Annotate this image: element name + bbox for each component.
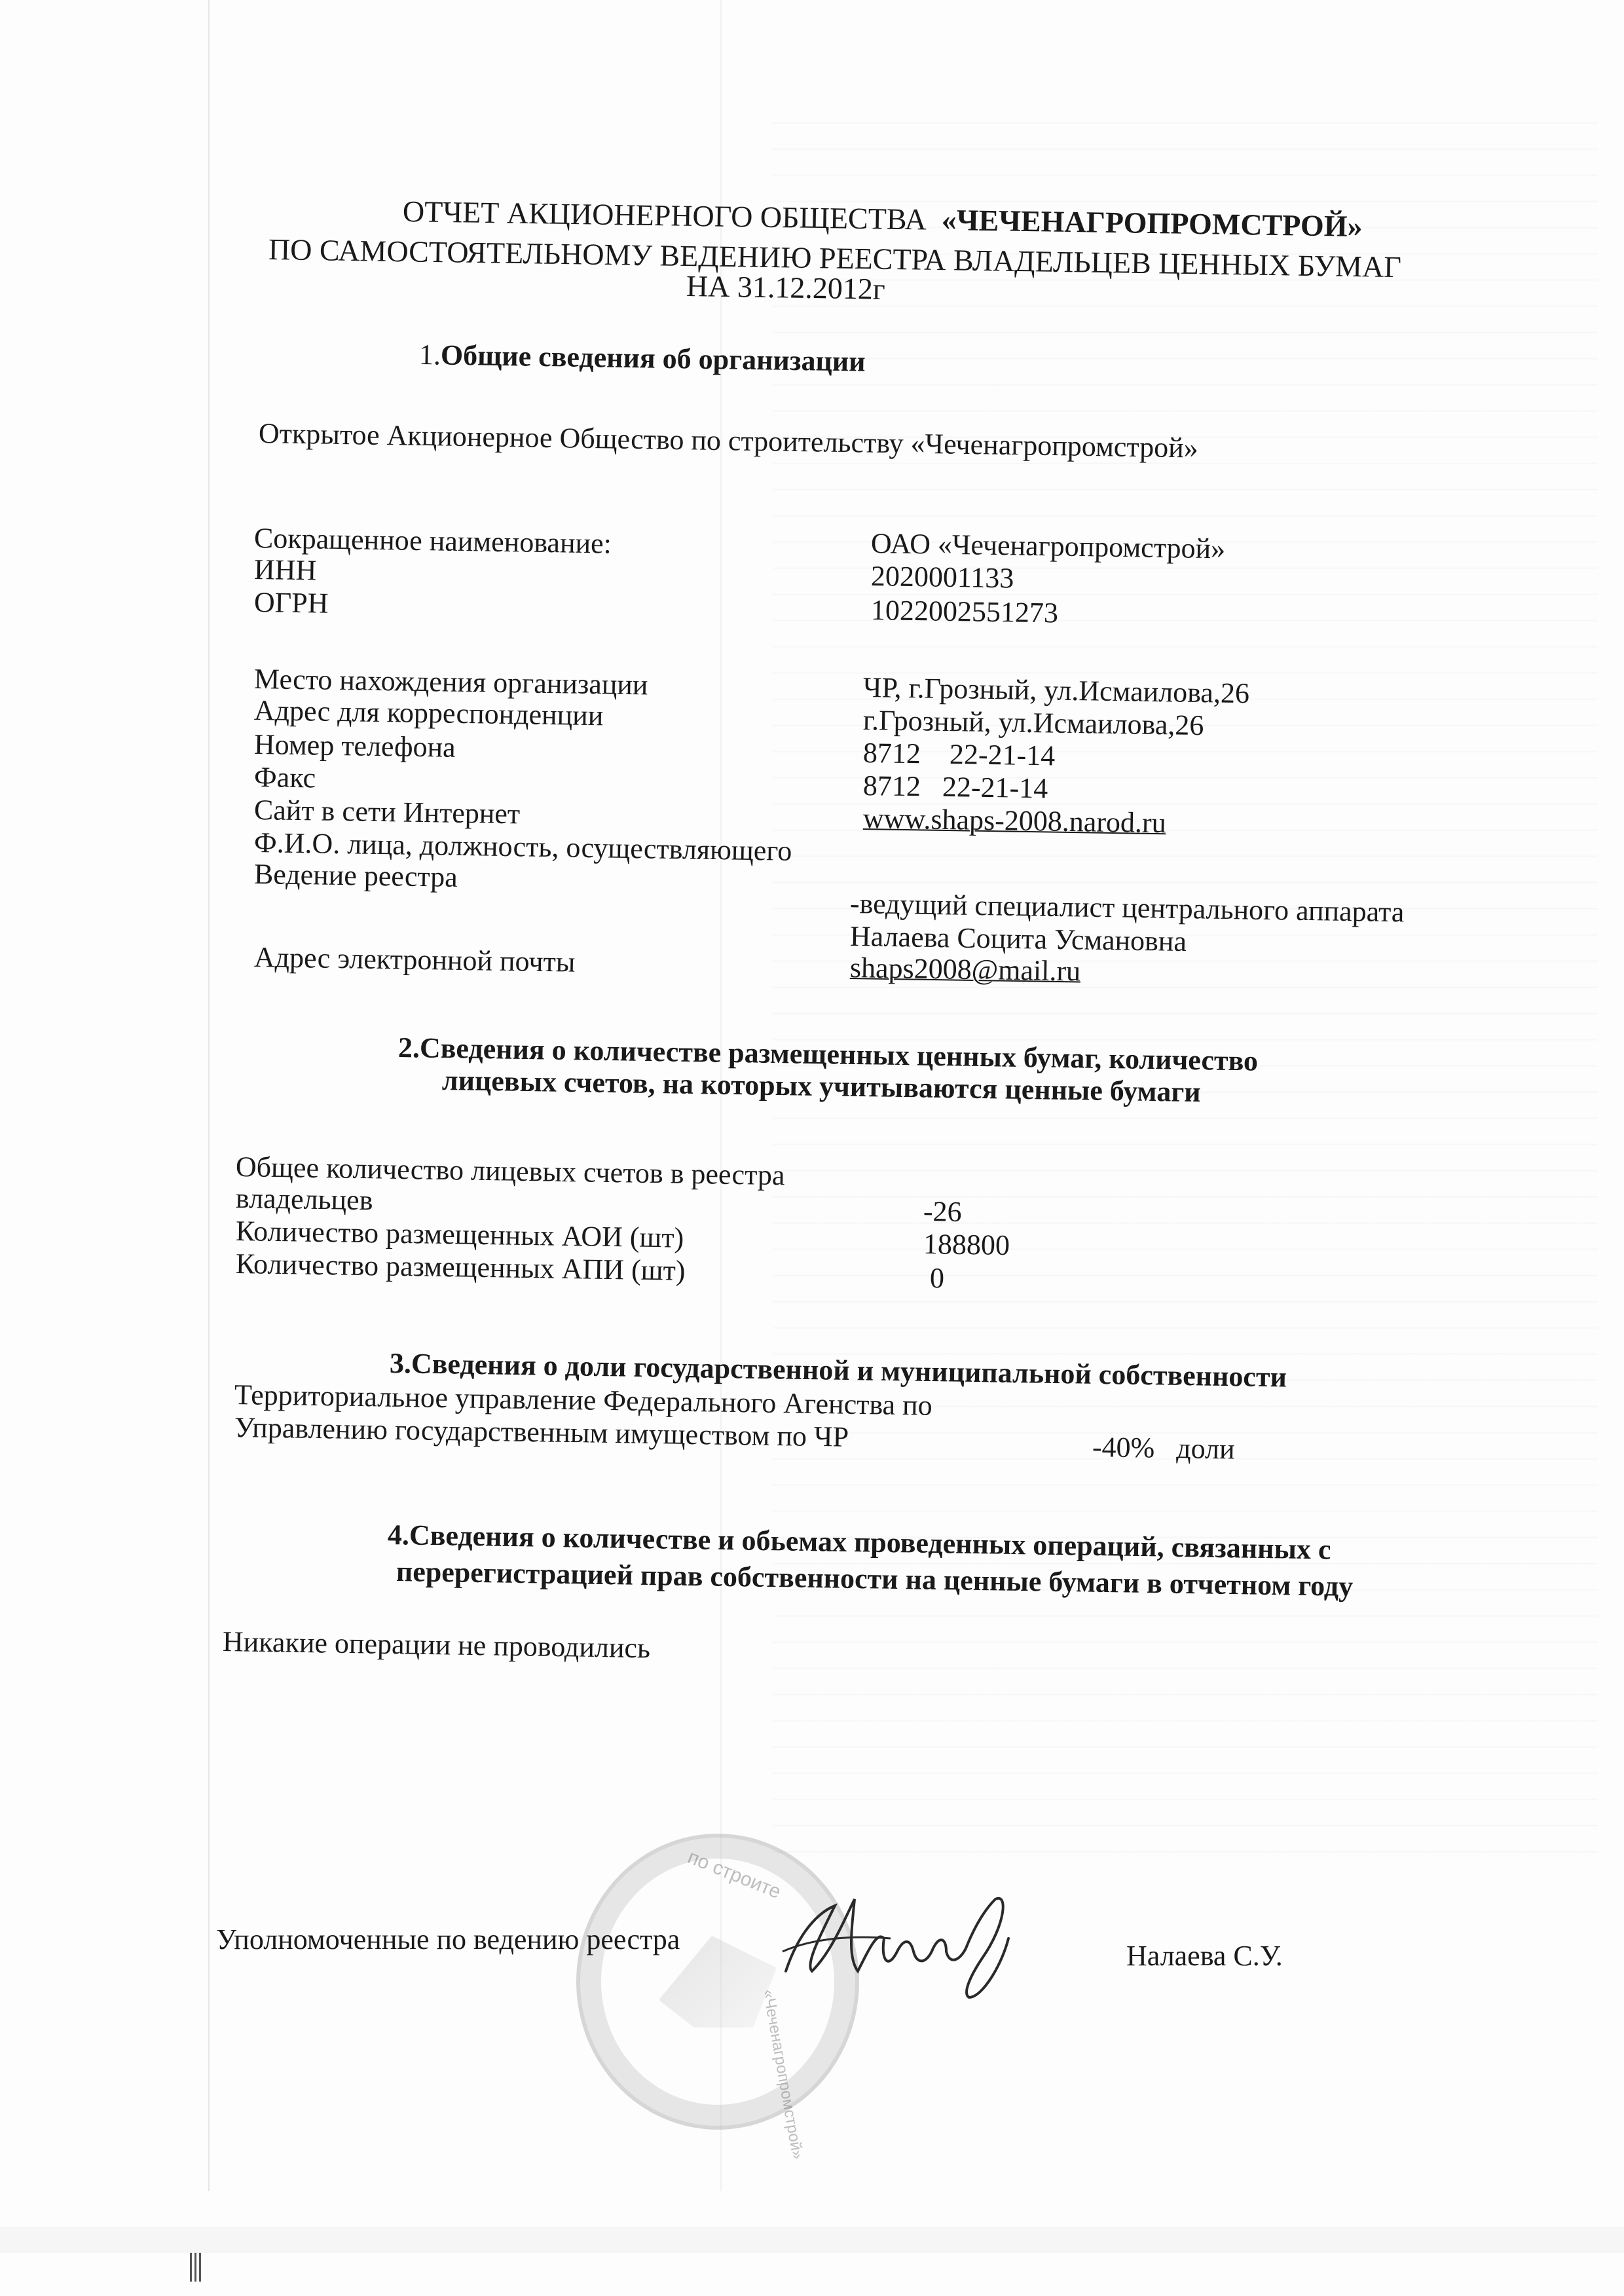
label-email: Адрес электронной почты (254, 943, 576, 977)
label-mailing-address: Адрес для корреспонденции (254, 696, 604, 730)
label-registry-keeping: Ведение реестра (254, 860, 458, 892)
label-inn: ИНН (254, 555, 317, 585)
state-holder-line-2: Управлению государственным имуществом по… (234, 1413, 849, 1452)
label-preferred-shares: Количество размещенных АПИ (шт) (236, 1250, 686, 1286)
email-link[interactable]: shaps2008@mail.ru (850, 954, 1081, 986)
value-ogrn: 1022002551273 (871, 596, 1059, 627)
company-name-title: «ЧЕЧЕНАГРОПРОМСТРОЙ» (941, 203, 1363, 243)
scan-artifact-line (208, 0, 210, 2191)
operations-statement: Никакие операции не проводились (223, 1627, 651, 1663)
scanned-document-page: ОТЧЕТ АКЦИОНЕРНОГО ОБЩЕСТВА «ЧЕЧЕНАГРОПР… (0, 0, 1624, 2296)
label-website: Сайт в сети Интернет (254, 796, 521, 828)
value-preferred-shares: 0 (930, 1264, 945, 1293)
value-responsible-name: Налаева Социта Усмановна (850, 922, 1187, 956)
value-location: ЧР, г.Грозный, ул.Исмаилова,26 (863, 673, 1250, 708)
label-ogrn: ОГРН (254, 588, 329, 618)
value-total-accounts: -26 (923, 1197, 962, 1227)
website-link[interactable]: www.shaps-2008.narod.ru (863, 804, 1166, 838)
seal-text-top: по строите (684, 1846, 784, 1904)
value-short-name: ОАО «Чеченагропромстрой» (871, 529, 1226, 563)
signer-role-label: Уполномоченные по ведению реестра (216, 1925, 680, 1954)
signer-name: Налаева С.У. (1126, 1942, 1283, 1971)
section-1-title: Общие сведения об организации (441, 339, 866, 378)
label-ordinary-shares: Количество размещенных АОИ (шт) (236, 1217, 684, 1253)
seal-text-right: «Чеченагропромстрой» (758, 1988, 806, 2160)
section-1-number: 1. (419, 339, 441, 371)
label-phone: Номер телефона (254, 730, 456, 762)
value-ordinary-shares: 188800 (923, 1230, 1010, 1260)
section-1-heading: 1.Общие сведения об организации (419, 341, 866, 377)
scan-artifact-band (0, 2227, 1624, 2253)
label-fax: Факс (254, 763, 316, 792)
binder-mark (190, 2253, 204, 2285)
label-total-accounts-cont: владельцев (236, 1184, 373, 1215)
label-short-name: Сокращенное наименование: (254, 524, 612, 559)
report-date: НА 31.12.2012г (686, 271, 885, 305)
value-fax: 8712 22-21-14 (863, 771, 1048, 803)
handwritten-signature-icon (773, 1873, 1048, 2004)
value-mailing-address: г.Грозный, ул.Исмаилова,26 (863, 706, 1204, 740)
state-share-value: -40% доли (1092, 1433, 1235, 1464)
value-inn: 2020001133 (871, 562, 1014, 593)
value-phone: 8712 22-21-14 (863, 739, 1056, 771)
